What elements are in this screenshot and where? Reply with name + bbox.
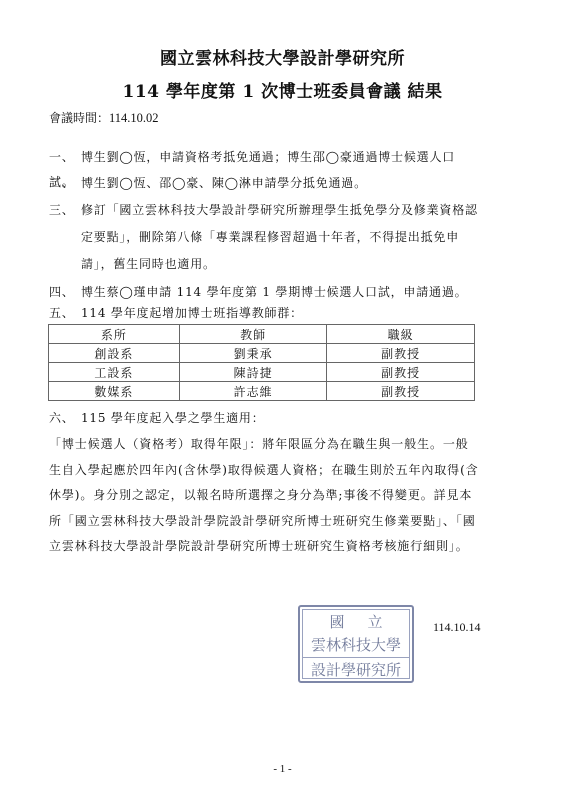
resolution-item-5: 五、114 學年度起增加博士班指導教師群： bbox=[49, 301, 479, 326]
stamp-char-left: 國 bbox=[329, 611, 344, 632]
item-number: 二、 bbox=[49, 171, 81, 196]
item-text: 115 學年度起入學之學生適用： bbox=[81, 411, 265, 425]
table-row: 工設系 陳詩捷 副教授 bbox=[49, 363, 475, 382]
document-title-meeting: 114 學年度第 1 次博士班委員會議 結果 bbox=[0, 77, 565, 102]
stamp-row-1: 國 立 bbox=[300, 611, 412, 632]
item-number: 五、 bbox=[49, 301, 81, 326]
cell-rank: 副教授 bbox=[327, 363, 475, 382]
item-number: 三、 bbox=[49, 197, 81, 224]
item-text: 114 學年度起增加博士班指導教師群： bbox=[81, 306, 303, 320]
sign-date: 114.10.14 bbox=[433, 620, 481, 635]
cell-teacher: 陳詩捷 bbox=[179, 363, 327, 382]
advisor-table: 系所 教師 職級 創設系 劉秉承 副教授 工設系 陳詩捷 副教授 數媒系 許志維… bbox=[48, 324, 475, 401]
stamp-row-3: 設計學研究所 bbox=[300, 659, 412, 680]
stamp-char-right: 立 bbox=[367, 611, 382, 632]
meeting-time-value: 114.10.02 bbox=[109, 111, 159, 125]
resolution-item-6: 六、115 學年度起入學之學生適用： bbox=[49, 406, 479, 431]
cell-department: 數媒系 bbox=[49, 382, 180, 401]
table-row: 數媒系 許志維 副教授 bbox=[49, 382, 475, 401]
stamp-divider bbox=[303, 657, 409, 658]
table-row: 創設系 劉秉承 副教授 bbox=[49, 344, 475, 363]
cell-rank: 副教授 bbox=[327, 382, 475, 401]
cell-rank: 副教授 bbox=[327, 344, 475, 363]
item-text: 博生劉◯恆、邵◯豪、陳◯淋申請學分抵免通過。 bbox=[81, 176, 367, 190]
cell-teacher: 許志維 bbox=[179, 382, 327, 401]
column-header-department: 系所 bbox=[49, 325, 180, 344]
official-seal-stamp: 國 立 雲林科技大學 設計學研究所 bbox=[298, 605, 414, 683]
cell-department: 工設系 bbox=[49, 363, 180, 382]
cell-teacher: 劉秉承 bbox=[179, 344, 327, 363]
item-number: 六、 bbox=[49, 406, 81, 431]
column-header-rank: 職級 bbox=[327, 325, 475, 344]
item-text: 修訂「國立雲林科技大學設計學研究所辦理學生抵免學分及修業資格認定要點」，刪除第八… bbox=[81, 203, 478, 271]
item-text: 博生蔡◯瑾申請 114 學年度第 1 學期博士候選人口試，申請通過。 bbox=[81, 285, 467, 299]
stamp-row-2: 雲林科技大學 bbox=[300, 634, 412, 655]
item-6-paragraph: 「博士候選人（資格考）取得年限」：將年限區分為在職生與一般生。一般生自入學起應於… bbox=[49, 432, 481, 560]
table-header-row: 系所 教師 職級 bbox=[49, 325, 475, 344]
cell-department: 創設系 bbox=[49, 344, 180, 363]
meeting-time-label: 會議時間： bbox=[49, 111, 109, 125]
item-number: 一、 bbox=[49, 145, 81, 170]
resolution-item-3: 三、修訂「國立雲林科技大學設計學研究所辦理學生抵免學分及修業資格認定要點」，刪除… bbox=[49, 197, 481, 278]
meeting-time: 會議時間：114.10.02 bbox=[49, 109, 159, 126]
resolution-item-2: 二、博生劉◯恆、邵◯豪、陳◯淋申請學分抵免通過。 bbox=[49, 171, 479, 196]
column-header-teacher: 教師 bbox=[179, 325, 327, 344]
page-number: - 1 - bbox=[0, 763, 565, 775]
document-title-institution: 國立雲林科技大學設計學研究所 bbox=[0, 44, 565, 69]
